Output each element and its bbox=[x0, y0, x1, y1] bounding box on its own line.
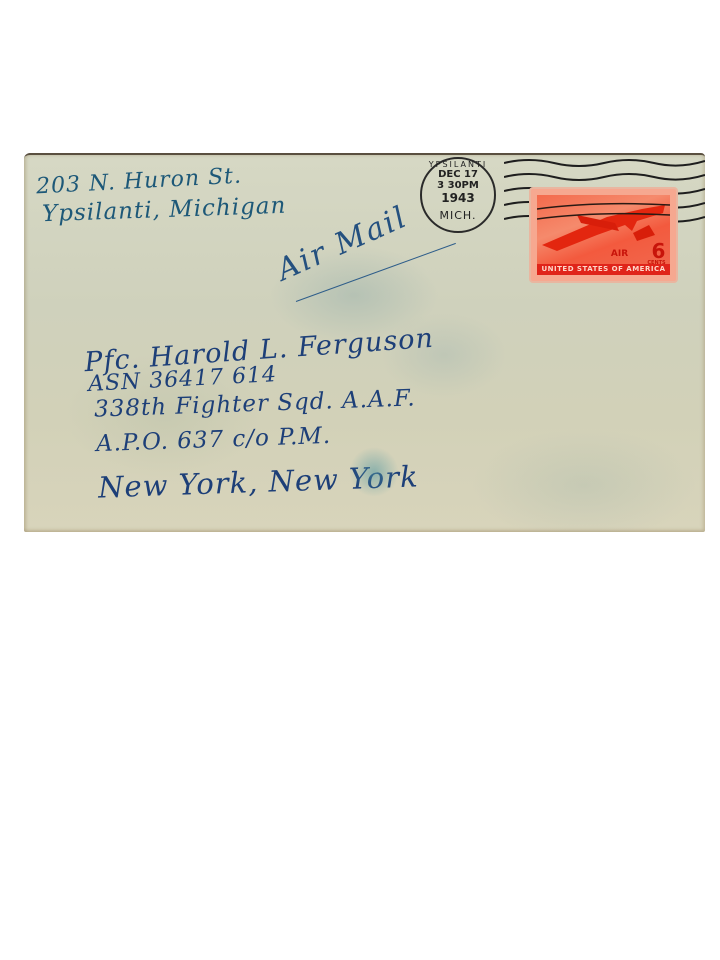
postmark-date: DEC 17 bbox=[422, 169, 494, 180]
postmark-city: YPSILANTI bbox=[422, 160, 494, 169]
air-mail-note: Air Mail bbox=[272, 200, 413, 288]
postmark-year: 1943 bbox=[422, 191, 494, 205]
stamp-country: UNITED STATES OF AMERICA bbox=[537, 264, 670, 275]
return-address-line-1: 203 N. Huron St. bbox=[35, 164, 242, 200]
stamp-mail-text: MAIL bbox=[617, 249, 670, 259]
envelope: 203 N. Huron St. Ypsilanti, Michigan YPS… bbox=[24, 153, 705, 532]
page: 203 N. Huron St. Ypsilanti, Michigan YPS… bbox=[0, 0, 720, 960]
return-address-line-2: Ypsilanti, Michigan bbox=[42, 193, 287, 228]
postmark-time: 3 30PM bbox=[422, 180, 494, 191]
postmark-state: MICH. bbox=[422, 209, 494, 222]
airmail-stamp: AIR 6 CENTS MAIL UNITED STATES OF AMERIC… bbox=[531, 189, 676, 281]
stamp-face: AIR 6 CENTS MAIL UNITED STATES OF AMERIC… bbox=[537, 195, 670, 275]
ink-smudge bbox=[340, 438, 408, 506]
postmark: YPSILANTI DEC 17 3 30PM 1943 MICH. bbox=[420, 157, 496, 233]
recipient-line-4: A.P.O. 637 c/o P.M. bbox=[96, 423, 332, 457]
